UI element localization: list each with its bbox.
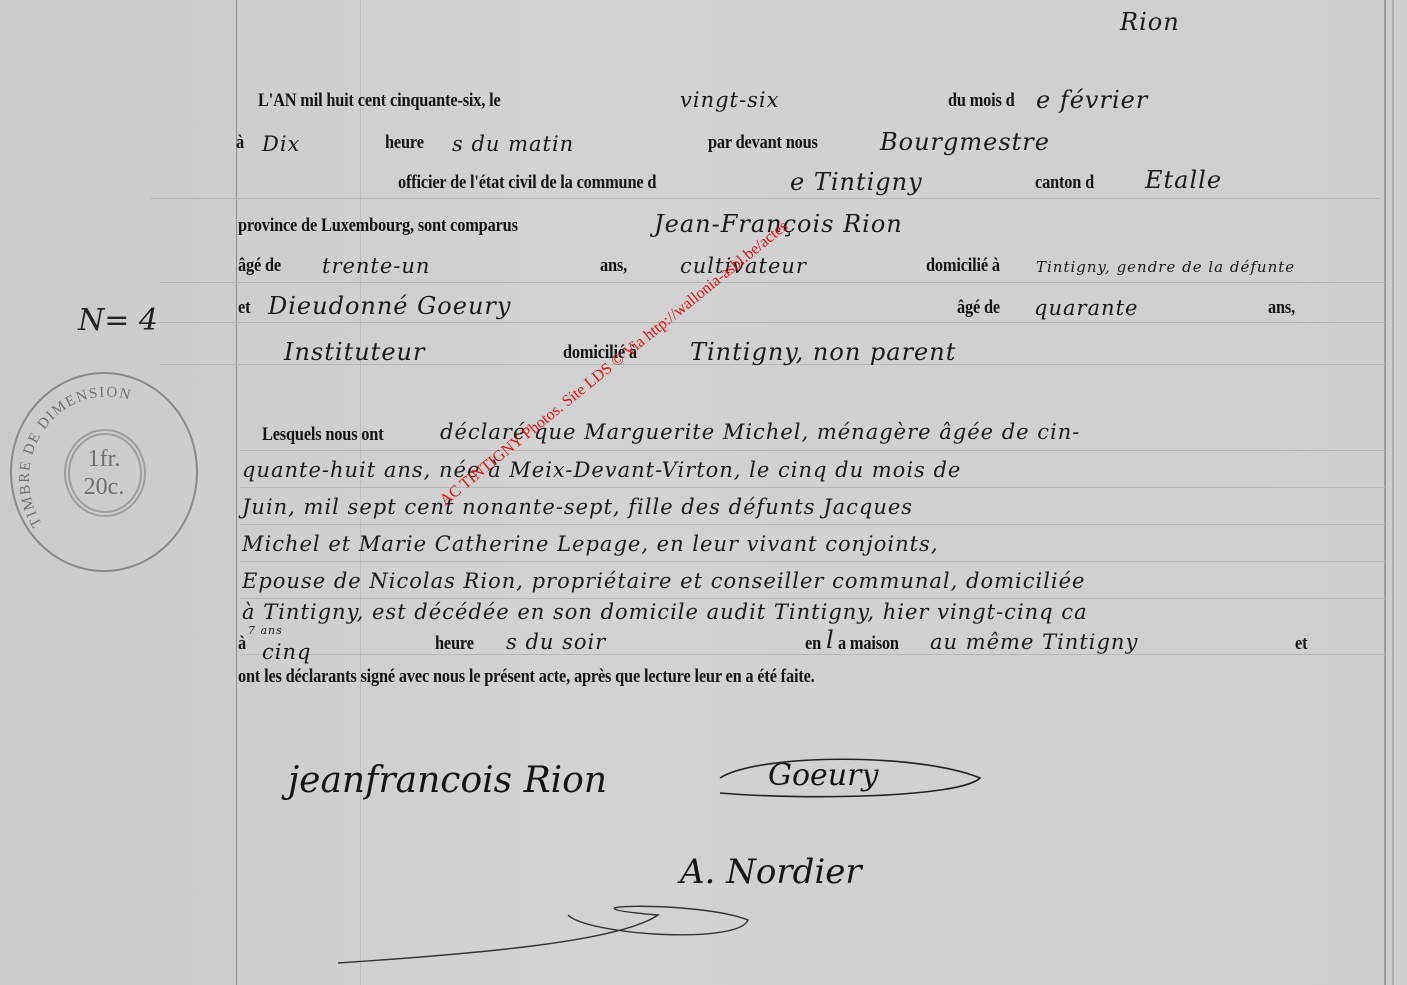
handwritten-time-of-day: s du matin: [452, 132, 574, 156]
stamp-wreath: [64, 429, 146, 517]
rule-line: [240, 524, 1385, 525]
printed-text: canton d: [1035, 172, 1094, 194]
printed-text: ans,: [1268, 297, 1295, 319]
printed-text: par devant nous: [708, 132, 818, 154]
signature-declarant1: jeanfrancois Rion: [288, 760, 607, 801]
act-number: N= 4: [78, 303, 158, 338]
printed-text: âgé de: [238, 255, 281, 277]
printed-text: à: [236, 132, 244, 154]
printed-text: Lesquels nous ont: [262, 424, 383, 446]
printed-text: à: [238, 633, 246, 655]
printed-text: a maison: [838, 633, 899, 655]
handwritten-age1: trente-un: [322, 254, 430, 278]
printed-text: âgé de: [957, 297, 1000, 319]
page-edge-inner: [1392, 0, 1394, 985]
rule-line: [160, 282, 1385, 283]
handwritten-title: Bourgmestre: [880, 128, 1050, 156]
printed-text: domicilié à: [926, 255, 1000, 277]
handwritten-insertion: 7 ans: [248, 624, 283, 637]
handwritten-death-hour: cinq: [262, 640, 311, 664]
handwritten-domicile1: Tintigny, gendre de la défunte: [1036, 258, 1295, 276]
signature-flourish-icon: [700, 748, 1000, 808]
rule-line: [150, 198, 1380, 199]
officer-flourish-icon: [338, 895, 758, 975]
corner-note: Rion: [1120, 8, 1180, 36]
handwritten-body-line: Michel et Marie Catherine Lepage, en leu…: [242, 532, 939, 556]
printed-text: et: [238, 297, 250, 319]
printed-text: heure: [435, 633, 474, 655]
tax-stamp: TIMBRE DE DIMENSION 1fr. 20c.: [10, 372, 198, 572]
printed-text: ans,: [600, 255, 627, 277]
stamp-value-centimes: 20c.: [12, 474, 196, 500]
handwritten-day: vingt-six: [680, 88, 779, 112]
handwritten-occupation2: Instituteur: [284, 338, 425, 366]
handwritten-domicile2: Tintigny, non parent: [690, 338, 956, 366]
printed-text: en: [805, 633, 821, 655]
printed-text: L'AN mil huit cent cinquante-six, le: [258, 90, 501, 112]
handwritten-declarant2: Dieudonné Goeury: [268, 292, 511, 320]
printed-text: du mois d: [948, 90, 1015, 112]
document-page: Rion N= 4 TIMBRE DE DIMENSION 1fr. 20c. …: [0, 0, 1407, 985]
rule-line: [240, 450, 1385, 451]
printed-text: province de Luxembourg, sont comparus: [238, 215, 518, 237]
rule-line: [160, 322, 1385, 323]
handwritten-body-line: quante-huit ans, née à Meix-Devant-Virto…: [242, 458, 961, 482]
handwritten-age2: quarante: [1034, 296, 1138, 320]
handwritten-canton: Etalle: [1145, 166, 1222, 194]
printed-closing-text: ont les déclarants signé avec nous le pr…: [238, 666, 815, 688]
handwritten-time-of-day: s du soir: [506, 630, 606, 654]
rule-line: [240, 598, 1385, 599]
stamp-value-francs: 1fr.: [12, 446, 196, 472]
faint-guide-line: [360, 0, 361, 985]
handwritten-body-line: à Tintigny, est décédée en son domicile …: [242, 600, 1088, 624]
handwritten-month: e février: [1036, 86, 1148, 114]
handwritten-hour: Dix: [262, 132, 300, 156]
handwritten-place: au même Tintigny: [930, 630, 1138, 654]
handwritten-commune: e Tintigny: [790, 168, 923, 196]
printed-text: heure: [385, 132, 424, 154]
handwritten-body-line: Juin, mil sept cent nonante-sept, fille …: [242, 495, 913, 519]
page-edge: [1384, 0, 1386, 985]
rule-line: [240, 561, 1385, 562]
printed-text: et: [1295, 633, 1307, 655]
printed-text: officier de l'état civil de la commune d: [398, 172, 656, 194]
handwritten-correction: l: [826, 626, 835, 654]
signature-officer: A. Nordier: [680, 852, 862, 892]
rule-line: [240, 487, 1385, 488]
handwritten-body-line: Epouse de Nicolas Rion, propriétaire et …: [242, 569, 1085, 593]
